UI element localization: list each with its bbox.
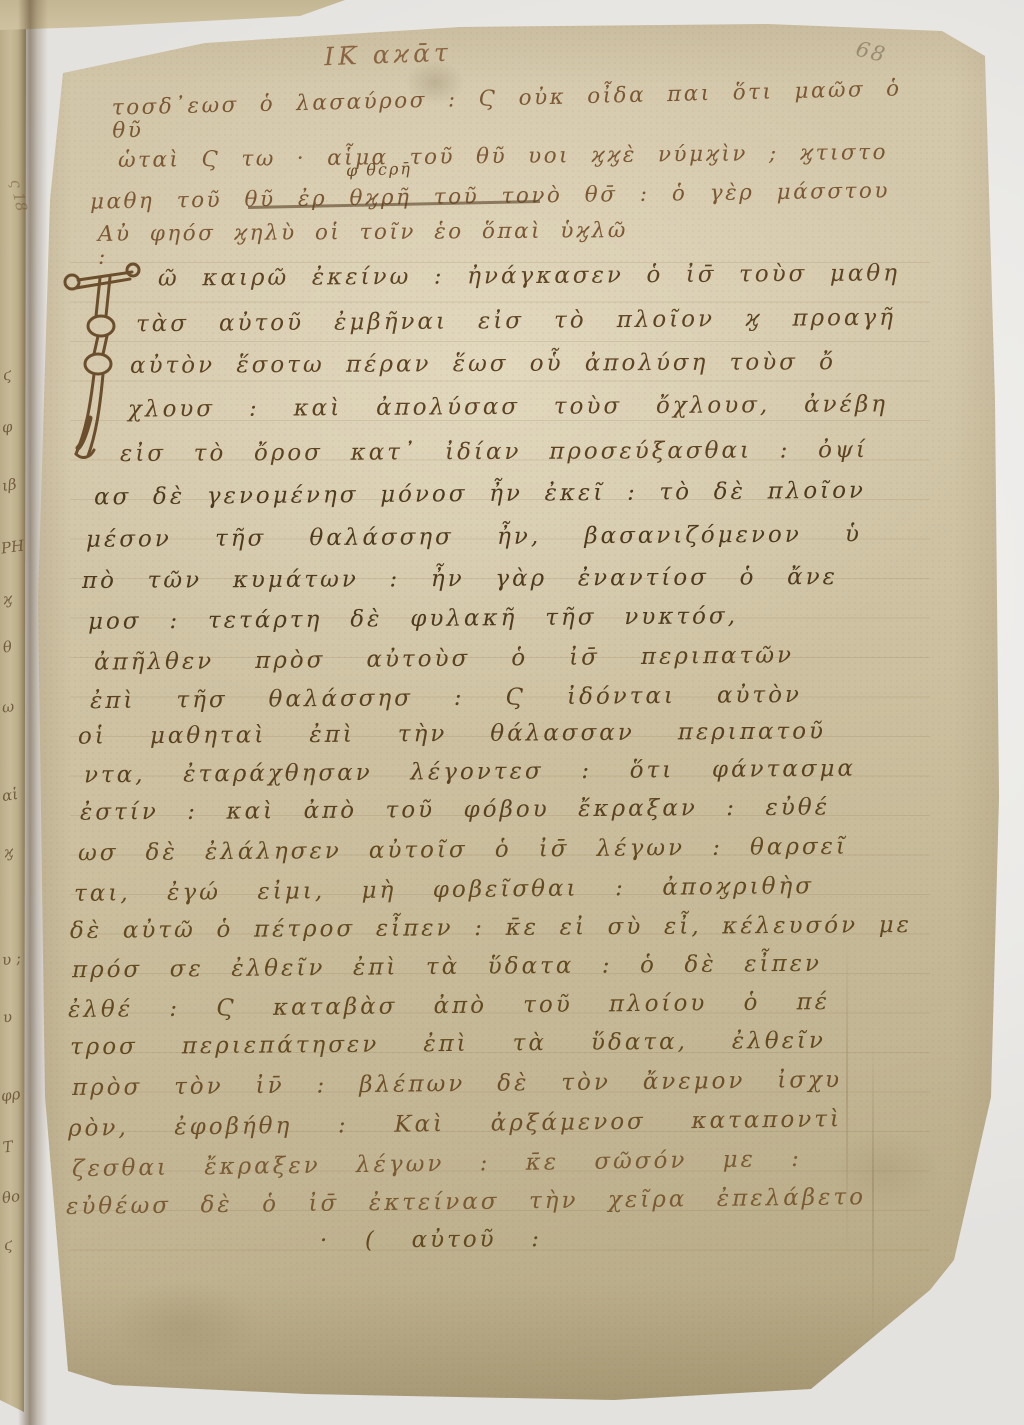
manuscript-line: οἱ μαθηταὶ ἐπὶ τὴν θάλασσαν περιπατοῦ — [78, 719, 826, 748]
manuscript-line: ἐπὶ τῆσ θαλάσσησ : Ϛ ἰδόνται αὐτὸν — [90, 683, 802, 713]
edge-text-fragment: φ — [1, 419, 14, 435]
manuscript-line: Αὐ φηόσ ϗηλὺ οἱ τοῖν ἑο ὅπαὶ ὑϗλῶ : — [98, 220, 628, 269]
top-folio-edge — [0, 0, 350, 30]
manuscript-line: ἐστίν : καὶ ἀπὸ τοῦ φόβου ἔκραξαν : εὐθέ — [80, 795, 830, 824]
parchment-page: 68 ΙΚ̄ αϰᾱτ τοσδ᾽εωσ ὁ λασαύροσ : Ϛ οὐκ … — [0, 0, 1024, 1425]
manuscript-line: εἰσ τὸ ὄροσ κατ᾽ ἰδίαν προσεύξασθαι : ὀψ… — [120, 438, 868, 466]
manuscript-line: μοσ : τετάρτη δὲ φυλακῆ τῆσ νυκτόσ, — [88, 604, 738, 634]
vertical-crease — [846, 930, 848, 1260]
manuscript-line: χλουσ : καὶ ἀπολύσασ τοὺσ ὄχλουσ, ἀνέβη — [128, 392, 888, 421]
manuscript-closing-line: · ( αὐτοῦ : — [320, 1227, 542, 1253]
edge-text-fragment: αἱ — [1, 787, 19, 804]
edge-text-fragment: θ — [2, 639, 13, 655]
manuscript-line: αὐτὸν ἕσοτω πέραν ἕωσ οὗ ἀπολύση τοὺσ ὄ — [130, 350, 836, 378]
edge-text-fragment: υ — [2, 1009, 13, 1025]
edge-text-fragment: Τ — [2, 1139, 14, 1155]
manuscript-line: πὸ τῶν κυμάτων : ἦν γὰρ ἐναντίοσ ὁ ἄνε — [82, 565, 838, 593]
stain — [110, 1280, 260, 1370]
edge-text-fragment: ϗ — [3, 844, 14, 860]
edge-text-fragment: ω — [1, 699, 15, 716]
manuscript-line: δὲ αὐτῶ ὁ πέτροσ εἶπεν : κ̄ε εἰ σὺ εἶ, κ… — [70, 913, 912, 943]
edge-text-fragment: ϗ — [2, 591, 13, 607]
manuscript-line: ῶ καιρῶ ἐκείνω : ἠνάγκασεν ὁ ἰσ̄ τοὺσ μα… — [158, 261, 900, 290]
manuscript-photo: ς 18 ϛ φ ιβ ΡΗ ϗ θ ω αἱ ϗ υ ; υ φρ Τ θο … — [0, 0, 1024, 1425]
interlinear-gloss: φ θϲρη̄ — [346, 159, 412, 180]
edge-text-fragment: ιβ — [1, 477, 18, 494]
manuscript-line: μέσον τῆσ θαλάσσησ ἦν, βασανιζόμενον ὑ — [86, 522, 862, 552]
